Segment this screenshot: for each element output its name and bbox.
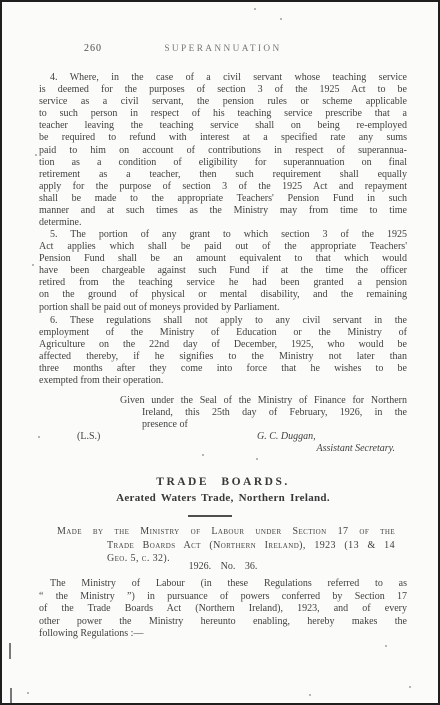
text-line: manner and at such times as the Ministry… bbox=[39, 205, 407, 217]
text-line: Agriculture on the 22nd day of December,… bbox=[39, 339, 407, 351]
scan-speck bbox=[256, 458, 258, 460]
attestation-clause: Given under the Seal of the Ministry of … bbox=[120, 395, 407, 431]
paragraph-6: 6. These regulations shall not apply to … bbox=[39, 315, 407, 388]
text-line: Act applies which shall be paid out of t… bbox=[39, 241, 407, 253]
scan-edge-mark bbox=[10, 688, 12, 703]
text-line: Pension Fund shall be an amount equivale… bbox=[39, 253, 407, 265]
text-line: determine. bbox=[39, 217, 407, 229]
signature-name: G. C. Duggan, bbox=[257, 431, 316, 443]
scan-speck bbox=[38, 436, 40, 438]
page-header: 260 SUPERANNUATION bbox=[39, 43, 407, 55]
text-line: The Ministry of Labour (in these Regulat… bbox=[39, 578, 407, 591]
text-line: employment of the Ministry of Education … bbox=[39, 327, 407, 339]
text-line: Ireland, this 25th day of February, 1926… bbox=[142, 407, 407, 419]
section-divider-rule bbox=[188, 515, 232, 517]
section-subtitle: Aerated Waters Trade, Northern Ireland. bbox=[39, 492, 407, 504]
scan-edge-mark bbox=[9, 643, 11, 659]
text-line: following Regulations :— bbox=[39, 628, 407, 641]
running-title: SUPERANNUATION bbox=[39, 43, 407, 55]
seal-signature-row: (L.S.) G. C. Duggan, bbox=[39, 431, 407, 443]
text-line: be required to refund with interest at a… bbox=[39, 132, 407, 144]
section-title: TRADE BOARDS. bbox=[39, 476, 407, 488]
text-line: paid to him on account of contributions … bbox=[39, 145, 407, 157]
page-content: 260 SUPERANNUATION 4. Where, in the case… bbox=[39, 2, 407, 703]
text-line: exempted from their operation. bbox=[39, 375, 407, 387]
scan-speck bbox=[280, 18, 282, 20]
text-line: Given under the Seal of the Ministry of … bbox=[120, 395, 407, 407]
text-line: affected thereby, if he signifies to the… bbox=[39, 351, 407, 363]
scan-speck bbox=[254, 8, 256, 10]
text-line: three months after they come into force … bbox=[39, 363, 407, 375]
text-line: “ the Ministry ”) in pursuance of powers… bbox=[39, 591, 407, 604]
scan-speck bbox=[35, 154, 37, 156]
text-line: presence of bbox=[142, 419, 407, 431]
text-line: shall be made to the appropriate Teacher… bbox=[39, 193, 407, 205]
scan-speck bbox=[27, 692, 29, 694]
text-line: service as a civil servant, the pension … bbox=[39, 96, 407, 108]
scanned-page: 260 SUPERANNUATION 4. Where, in the case… bbox=[0, 0, 440, 705]
scan-speck bbox=[309, 694, 311, 696]
made-by-clause: Made by the Ministry of Labour under Sec… bbox=[57, 525, 395, 566]
scan-speck bbox=[409, 686, 411, 688]
instrument-number: 1926. No. 36. bbox=[39, 561, 407, 573]
signature-title: Assistant Secretary. bbox=[39, 443, 407, 455]
text-line: on the ground of physical or mental disa… bbox=[39, 289, 407, 301]
text-line: Made by the Ministry of Labour under Sec… bbox=[57, 525, 395, 539]
text-line: have been chargeable against such Fund i… bbox=[39, 265, 407, 277]
text-line: to such person in respect of his teachin… bbox=[39, 108, 407, 120]
text-line: retired from the teaching service he had… bbox=[39, 277, 407, 289]
paragraph-5: 5. The portion of any grant to which sec… bbox=[39, 229, 407, 314]
text-line: 4. Where, in the case of a civil servant… bbox=[39, 72, 407, 84]
text-line: portion shall be paid out of moneys prov… bbox=[39, 302, 407, 314]
paragraph-4: 4. Where, in the case of a civil servant… bbox=[39, 72, 407, 229]
scan-speck bbox=[32, 264, 34, 266]
text-line: is deemed for the purposes of section 3 … bbox=[39, 84, 407, 96]
text-line: 6. These regulations shall not apply to … bbox=[39, 315, 407, 327]
text-line: tion as a condition of eligibility for s… bbox=[39, 157, 407, 169]
scan-speck bbox=[385, 645, 387, 647]
text-line: apply for the purpose of section 3 of th… bbox=[39, 181, 407, 193]
scan-speck bbox=[202, 454, 204, 456]
opening-paragraph: The Ministry of Labour (in these Regulat… bbox=[39, 578, 407, 641]
text-line: other power the Ministry hereunto enabli… bbox=[39, 616, 407, 629]
text-line: teacher leaving the teaching service sha… bbox=[39, 120, 407, 132]
text-line: 5. The portion of any grant to which sec… bbox=[39, 229, 407, 241]
seal-mark: (L.S.) bbox=[77, 431, 100, 443]
text-line: retirement as a teacher, then such requi… bbox=[39, 169, 407, 181]
text-line: of the Trade Boards Act (Northern Irelan… bbox=[39, 603, 407, 616]
text-line: Trade Boards Act (Northern Ireland), 192… bbox=[107, 539, 395, 553]
